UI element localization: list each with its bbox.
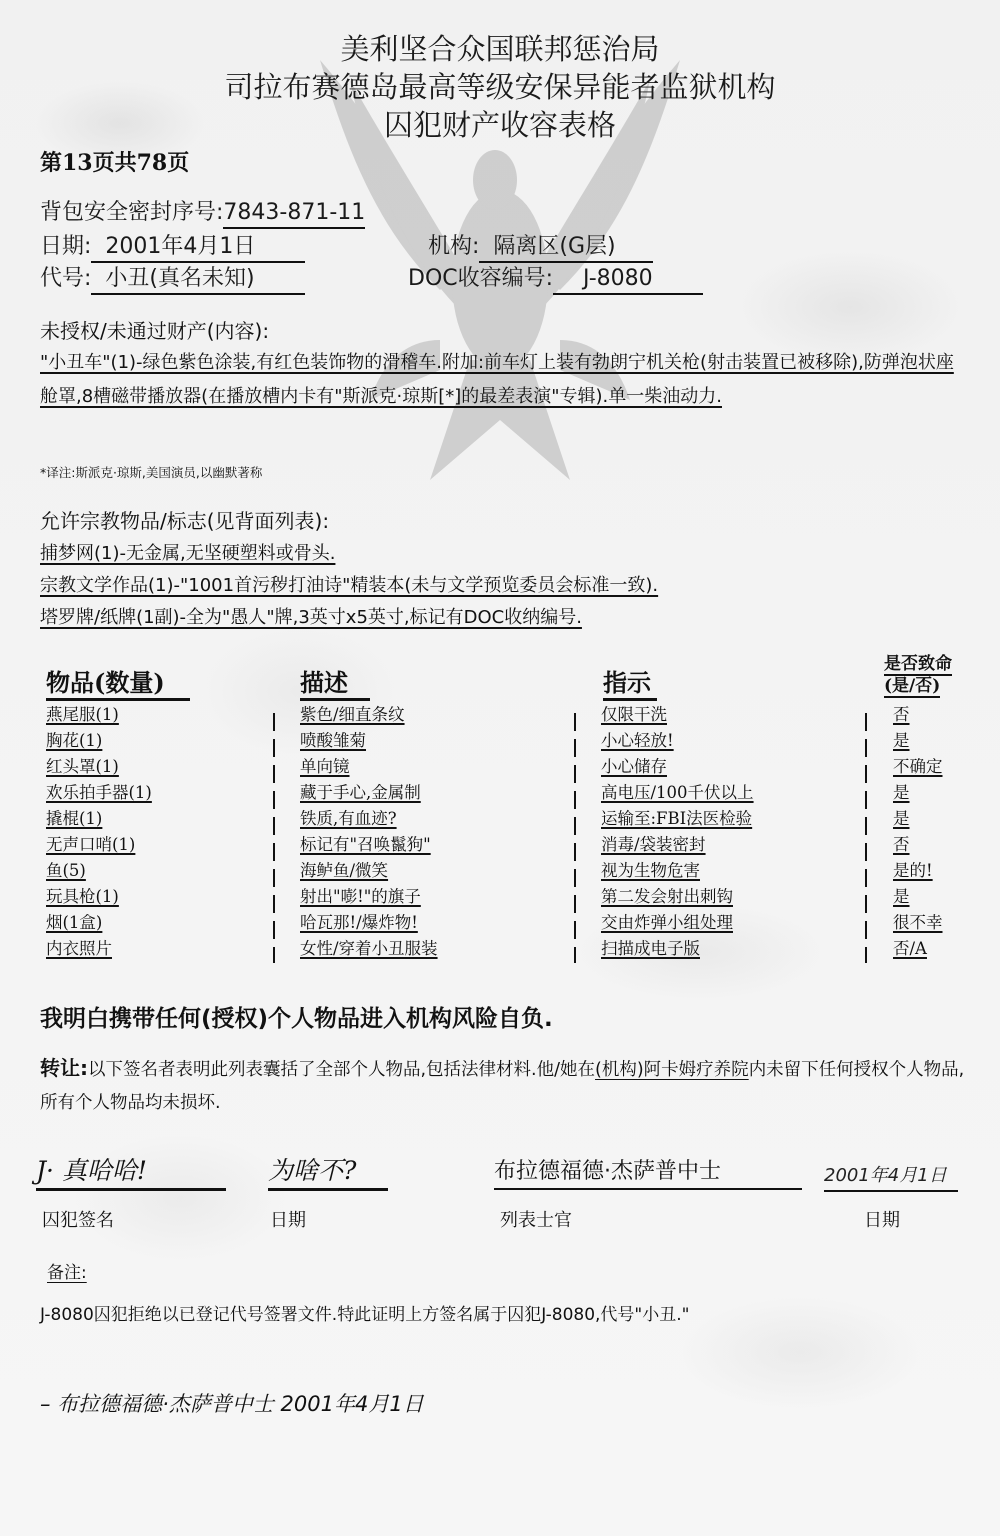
lethal-cell: 否 (893, 834, 910, 856)
description-cell: 单向镜 (300, 756, 350, 778)
column-header-lethal-line1: 是否致命 (884, 655, 952, 676)
item-cell: 红头罩(1) (46, 756, 119, 778)
item-cell: 玩具枪(1) (46, 886, 119, 908)
instruction-cell: 第二发会射出刺钩 (601, 886, 733, 908)
alias-value: 小丑(真名未知) (91, 265, 305, 295)
instruction-cell: 交由炸弹小组处理 (601, 912, 733, 934)
description-cell: 标记有"召唤鬣狗" (300, 834, 431, 856)
facility-field: 机构:隔离区(G层) (428, 233, 653, 263)
item-cell: 内衣照片 (46, 938, 112, 960)
item-cell: 无声口哨(1) (46, 834, 135, 856)
instruction-cell: 小心储存 (601, 756, 667, 778)
remarks-sign-off: – 布拉德福德·杰萨普中士 2001年4月1日 (40, 1388, 424, 1418)
doc-number-label: DOC收容编号: (408, 266, 553, 291)
column-header-instruction: 指示 (603, 668, 657, 701)
religious-item: 捕梦网(1)-无金属,无坚硬塑料或骨头. (40, 541, 335, 567)
officer-name: 布拉德福德·杰萨普中士 (494, 1156, 802, 1190)
doc-number-field: DOC收容编号:J-8080 (408, 265, 703, 295)
lethal-cell: 很不幸 (893, 912, 943, 934)
lethal-cell: 否 (893, 704, 910, 726)
unauthorized-description: "小丑车"(1)-绿色紫色涂装,有红色装饰物的滑稽车.附加:前车灯上装有勃朗宁机… (40, 346, 965, 414)
facility-label: 机构: (428, 234, 479, 259)
item-cell: 撬棍(1) (46, 808, 102, 830)
lethal-cell: 不确定 (893, 756, 943, 778)
column-header-item: 物品(数量) (46, 668, 190, 701)
backpack-seal-value: 7843-871-11 (223, 199, 365, 229)
description-cell: 铁质,有血迹? (300, 808, 397, 830)
backpack-seal-label: 背包安全密封序号: (40, 200, 223, 225)
item-cell: 烟(1盒) (46, 912, 102, 934)
lethal-cell: 是的! (893, 860, 933, 882)
description-cell: 海鲈鱼/微笑 (300, 860, 388, 882)
transfer-label: 转让: (40, 1056, 88, 1080)
item-cell: 燕尾服(1) (46, 704, 119, 726)
transfer-facility: (机构)阿卡姆疗养院 (595, 1060, 749, 1080)
unauthorized-heading: 未授权/未通过财产(内容): (40, 318, 269, 344)
date-label: 日期: (40, 234, 91, 259)
translator-footnote: *译注:斯派克·琼斯,美国演员,以幽默著称 (40, 463, 262, 481)
description-cell: 紫色/细直条纹 (300, 704, 405, 726)
religious-heading: 允许宗教物品/标志(见背面列表): (40, 508, 329, 534)
alias-field: 代号:小丑(真名未知) (40, 265, 305, 295)
lethal-cell: 是 (893, 782, 910, 804)
backpack-seal-field: 背包安全密封序号:7843-871-11 (40, 199, 365, 229)
column-header-lethal-line2: (是/否) (884, 677, 940, 698)
doc-number-value: J-8080 (553, 265, 703, 295)
alias-label: 代号: (40, 266, 91, 291)
remarks-text: J-8080囚犯拒绝以已登记代号签署文件.特此证明上方签名属于囚犯J-8080,… (40, 1300, 689, 1325)
inmate-signature-date: 为啥不? (268, 1154, 388, 1191)
description-cell: 射出"嘭!"的旗子 (300, 886, 421, 908)
column-divider (574, 713, 576, 963)
column-header-description: 描述 (300, 668, 370, 701)
form-title: 囚犯财产收容表格 (0, 106, 1000, 144)
instruction-cell: 小心轻放! (601, 730, 674, 752)
unauthorized-text: "小丑车"(1)-绿色紫色涂装,有红色装饰物的滑稽车.附加:前车灯上装有勃朗宁机… (40, 352, 954, 407)
item-cell: 胸花(1) (46, 730, 102, 752)
inmate-signature-label: 囚犯签名 (42, 1206, 114, 1232)
item-cell: 欢乐拍手器(1) (46, 782, 152, 804)
lethal-cell: 是 (893, 886, 910, 908)
instruction-cell: 扫描成电子版 (601, 938, 700, 960)
instruction-cell: 消毒/袋装密封 (601, 834, 706, 856)
lethal-cell: 是 (893, 730, 910, 752)
item-cell: 鱼(5) (46, 860, 86, 882)
description-cell: 喷酸雏菊 (300, 730, 366, 752)
column-divider (273, 713, 275, 963)
officer-date-label: 日期 (864, 1206, 900, 1232)
officer-label: 列表士官 (500, 1206, 572, 1232)
lethal-cell: 否/A (893, 938, 927, 960)
instruction-cell: 运输至:FBI法医检验 (601, 808, 752, 830)
description-cell: 哈瓦那!/爆炸物! (300, 912, 418, 934)
transfer-text-before: 以下签名者表明此列表囊括了全部个人物品,包括法律材料.他/她在 (88, 1060, 595, 1080)
column-divider (865, 713, 867, 963)
instruction-cell: 仅限干洗 (601, 704, 667, 726)
facility-value: 隔离区(G层) (479, 233, 653, 263)
lethal-cell: 是 (893, 808, 910, 830)
inmate-date-label: 日期 (270, 1206, 306, 1232)
description-cell: 藏于手心,金属制 (300, 782, 421, 804)
transfer-statement: 转让:以下签名者表明此列表囊括了全部个人物品,包括法律材料.他/她在(机构)阿卡… (40, 1052, 970, 1120)
instruction-cell: 视为生物危害 (601, 860, 700, 882)
facility-title: 司拉布赛德岛最高等级安保异能者监狱机构 (0, 68, 1000, 106)
religious-item: 塔罗牌/纸牌(1副)-全为"愚人"牌,3英寸x5英寸,标记有DOC收纳编号. (40, 605, 582, 631)
page-indicator: 第13页共78页 (40, 146, 189, 177)
instruction-cell: 高电压/100千伏以上 (601, 782, 754, 804)
officer-date: 2001年4月1日 (824, 1162, 958, 1192)
risk-declaration: 我明白携带任何(授权)个人物品进入机构风险自负. (40, 1000, 553, 1033)
description-cell: 女性/穿着小丑服装 (300, 938, 438, 960)
date-field: 日期:2001年4月1日 (40, 233, 305, 263)
religious-item: 宗教文学作品(1)-"1001首污秽打油诗"精装本(未与文学预览委员会标准一致)… (40, 573, 658, 599)
remarks-label: 备注: (47, 1258, 87, 1283)
date-value: 2001年4月1日 (91, 233, 305, 263)
agency-title: 美利坚合众国联邦惩治局 (0, 30, 1000, 68)
inmate-signature: J· 真哈哈! (36, 1154, 226, 1191)
